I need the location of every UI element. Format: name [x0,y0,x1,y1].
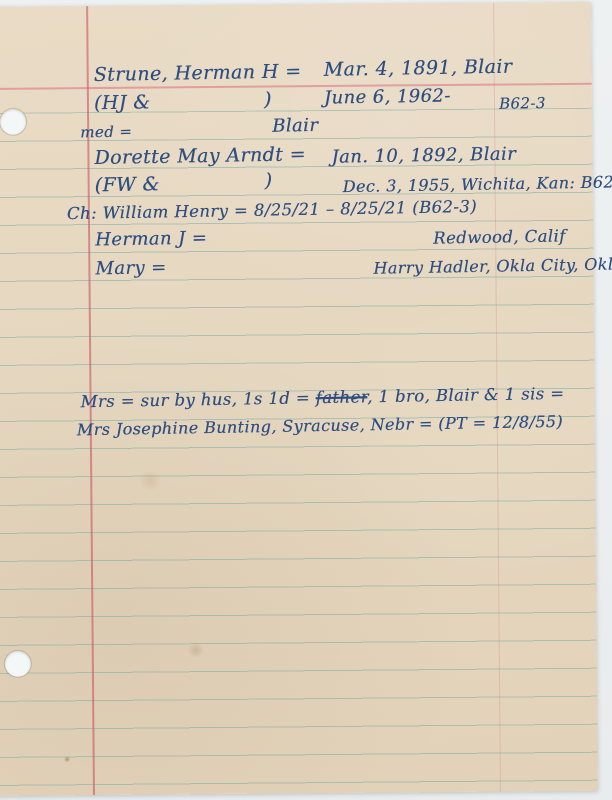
married-abbrev: med = [80,123,132,142]
hole-punch-top [0,109,26,135]
spouse-parents: (FW & [94,173,159,196]
spouse-name: Dorette May Arndt = [94,143,306,169]
spouse-birth: Jan. 10, 1892, Blair [331,144,516,168]
married-place: Blair [272,115,318,137]
child2-name: Herman J = [95,228,207,251]
head-death: June 6, 1962- [324,85,451,108]
head-name: Strune, Herman H = [94,60,302,86]
head-ref: B62-3 [499,94,546,113]
child3-name: Mary = [95,257,166,279]
scanned-page: Strune, Herman H = Mar. 4, 1891, Blair (… [0,0,612,800]
hole-punch-bottom [5,651,31,677]
head-paren-close: ) [264,88,272,110]
note1-struck-word: father [315,387,367,407]
head-parents: (HJ & [94,91,151,114]
child2-place: Redwood, Calif [433,226,566,247]
spouse-paren-close: ) [264,169,272,191]
paper-sheet: Strune, Herman H = Mar. 4, 1891, Blair (… [0,2,598,796]
note1-part-b: , 1 bro, Blair & 1 sis = [367,384,565,406]
head-birth: Mar. 4, 1891, Blair [323,56,512,81]
